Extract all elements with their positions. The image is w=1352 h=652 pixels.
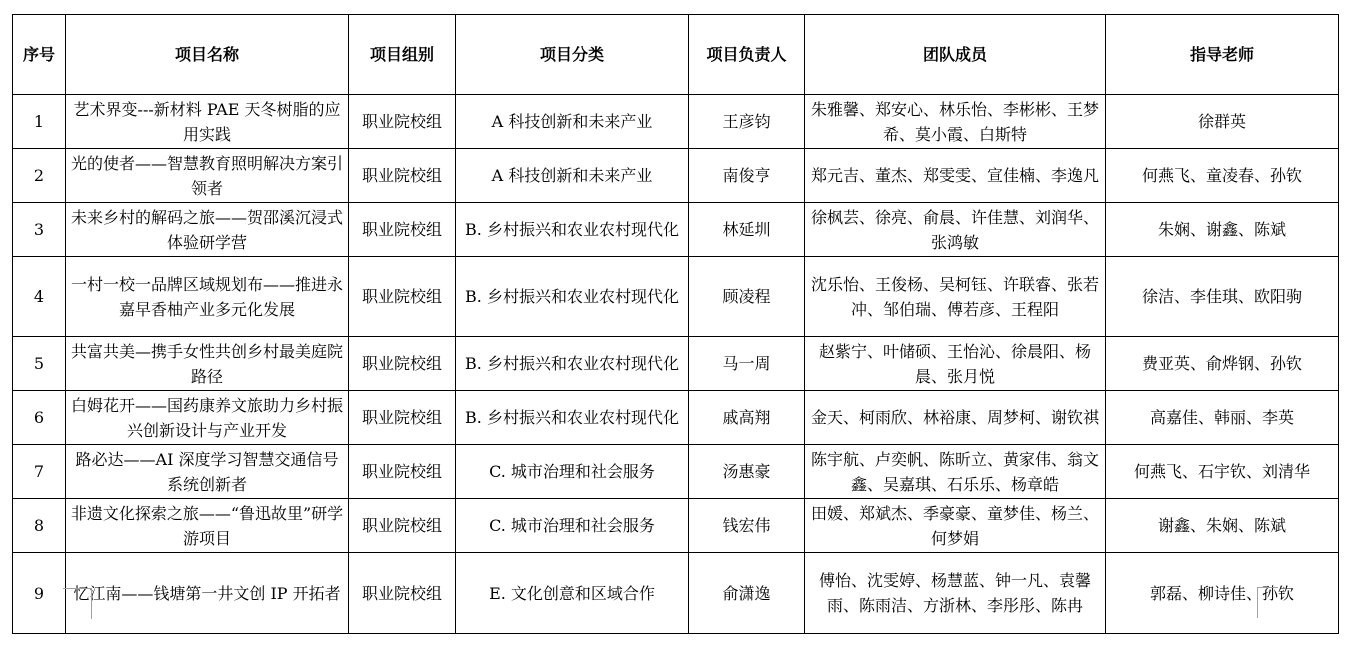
cell-index: 9 bbox=[13, 553, 66, 634]
cell-project-category: B. 乡村振兴和农业农村现代化 bbox=[456, 257, 689, 337]
table-row: 6 白姆花开——国药康养文旅助力乡村振兴创新设计与产业开发 职业院校组 B. 乡… bbox=[13, 391, 1339, 445]
cell-project-group: 职业院校组 bbox=[349, 149, 456, 203]
cell-project-name: 白姆花开——国药康养文旅助力乡村振兴创新设计与产业开发 bbox=[66, 391, 349, 445]
cell-team-members: 陈宇航、卢奕帆、陈昕立、黄家伟、翁文鑫、吴嘉琪、石乐乐、杨章皓 bbox=[805, 445, 1106, 499]
cell-team-members: 田媛、郑斌杰、季豪豪、童梦佳、杨兰、何梦娟 bbox=[805, 499, 1106, 553]
cell-team-members: 金天、柯雨欣、林裕康、周梦柯、谢钦祺 bbox=[805, 391, 1106, 445]
cell-project-category: C. 城市治理和社会服务 bbox=[456, 499, 689, 553]
cell-index: 6 bbox=[13, 391, 66, 445]
table-row: 8 非遗文化探索之旅——“鲁迅故里”研学游项目 职业院校组 C. 城市治理和社会… bbox=[13, 499, 1339, 553]
header-team-members: 团队成员 bbox=[805, 15, 1106, 95]
cell-index: 8 bbox=[13, 499, 66, 553]
cell-advisors: 郭磊、柳诗佳、孙钦 bbox=[1106, 553, 1339, 634]
cell-project-group: 职业院校组 bbox=[349, 499, 456, 553]
cell-project-leader: 顾凌程 bbox=[689, 257, 805, 337]
cell-project-leader: 南俊亨 bbox=[689, 149, 805, 203]
cell-project-leader: 戚高翔 bbox=[689, 391, 805, 445]
cell-team-members: 徐枫芸、徐亮、俞晨、许佳慧、刘润华、张鸿敏 bbox=[805, 203, 1106, 257]
cell-project-category: A 科技创新和未来产业 bbox=[456, 95, 689, 149]
table-row: 9 忆江南——钱塘第一井文创 IP 开拓者 职业院校组 E. 文化创意和区域合作… bbox=[13, 553, 1339, 634]
header-project-group: 项目组别 bbox=[349, 15, 456, 95]
cell-advisors: 费亚英、俞烨钢、孙钦 bbox=[1106, 337, 1339, 391]
cell-project-name: 艺术界变---新材料 PAE 天冬树脂的应用实践 bbox=[66, 95, 349, 149]
cell-project-category: B. 乡村振兴和农业农村现代化 bbox=[456, 203, 689, 257]
cell-index: 2 bbox=[13, 149, 66, 203]
cell-project-category: C. 城市治理和社会服务 bbox=[456, 445, 689, 499]
table-row: 7 路必达——AI 深度学习智慧交通信号系统创新者 职业院校组 C. 城市治理和… bbox=[13, 445, 1339, 499]
cell-project-group: 职业院校组 bbox=[349, 337, 456, 391]
cell-project-name: 一村一校一品牌区域规划布——推进永嘉早香柚产业多元化发展 bbox=[66, 257, 349, 337]
header-advisors: 指导老师 bbox=[1106, 15, 1339, 95]
cell-project-category: A 科技创新和未来产业 bbox=[456, 149, 689, 203]
cell-advisors: 徐洁、李佳琪、欧阳驹 bbox=[1106, 257, 1339, 337]
cell-project-leader: 俞潇逸 bbox=[689, 553, 805, 634]
header-row: 序号 项目名称 项目组别 项目分类 项目负责人 团队成员 指导老师 bbox=[13, 15, 1339, 95]
table-row: 5 共富共美—携手女性共创乡村最美庭院路径 职业院校组 B. 乡村振兴和农业农村… bbox=[13, 337, 1339, 391]
cell-project-group: 职业院校组 bbox=[349, 257, 456, 337]
cell-project-name: 忆江南——钱塘第一井文创 IP 开拓者 bbox=[66, 553, 349, 634]
cell-project-leader: 林延圳 bbox=[689, 203, 805, 257]
cell-project-category: B. 乡村振兴和农业农村现代化 bbox=[456, 391, 689, 445]
cell-advisors: 谢鑫、朱娴、陈斌 bbox=[1106, 499, 1339, 553]
table-row: 2 光的使者——智慧教育照明解决方案引领者 职业院校组 A 科技创新和未来产业 … bbox=[13, 149, 1339, 203]
cell-advisors: 何燕飞、石宇钦、刘清华 bbox=[1106, 445, 1339, 499]
table-row: 3 未来乡村的解码之旅——贺邵溪沉浸式体验研学营 职业院校组 B. 乡村振兴和农… bbox=[13, 203, 1339, 257]
cell-project-leader: 汤惠豪 bbox=[689, 445, 805, 499]
cell-project-leader: 钱宏伟 bbox=[689, 499, 805, 553]
header-project-name: 项目名称 bbox=[66, 15, 349, 95]
table-row: 1 艺术界变---新材料 PAE 天冬树脂的应用实践 职业院校组 A 科技创新和… bbox=[13, 95, 1339, 149]
cell-team-members: 傅怡、沈雯婷、杨慧蓝、钟一凡、袁馨雨、陈雨洁、方浙林、李彤彤、陈冉 bbox=[805, 553, 1106, 634]
cell-project-leader: 王彦钧 bbox=[689, 95, 805, 149]
cell-project-name: 光的使者——智慧教育照明解决方案引领者 bbox=[66, 149, 349, 203]
cell-index: 3 bbox=[13, 203, 66, 257]
cell-index: 4 bbox=[13, 257, 66, 337]
cell-project-name: 非遗文化探索之旅——“鲁迅故里”研学游项目 bbox=[66, 499, 349, 553]
cell-project-group: 职业院校组 bbox=[349, 553, 456, 634]
cell-advisors: 徐群英 bbox=[1106, 95, 1339, 149]
table-row: 4 一村一校一品牌区域规划布——推进永嘉早香柚产业多元化发展 职业院校组 B. … bbox=[13, 257, 1339, 337]
cell-team-members: 赵紫宁、叶储硕、王怡沁、徐晨阳、杨晨、张月悦 bbox=[805, 337, 1106, 391]
cell-project-name: 未来乡村的解码之旅——贺邵溪沉浸式体验研学营 bbox=[66, 203, 349, 257]
cell-advisors: 何燕飞、童凌春、孙钦 bbox=[1106, 149, 1339, 203]
cell-advisors: 高嘉佳、韩丽、李英 bbox=[1106, 391, 1339, 445]
cell-project-name: 路必达——AI 深度学习智慧交通信号系统创新者 bbox=[66, 445, 349, 499]
cell-index: 7 bbox=[13, 445, 66, 499]
header-project-category: 项目分类 bbox=[456, 15, 689, 95]
cell-project-category: B. 乡村振兴和农业农村现代化 bbox=[456, 337, 689, 391]
cell-project-group: 职业院校组 bbox=[349, 445, 456, 499]
header-index: 序号 bbox=[13, 15, 66, 95]
cell-team-members: 郑元吉、董杰、郑雯雯、宣佳楠、李逸凡 bbox=[805, 149, 1106, 203]
header-project-leader: 项目负责人 bbox=[689, 15, 805, 95]
cell-index: 5 bbox=[13, 337, 66, 391]
cell-project-group: 职业院校组 bbox=[349, 391, 456, 445]
project-table: 序号 项目名称 项目组别 项目分类 项目负责人 团队成员 指导老师 1 艺术界变… bbox=[12, 14, 1339, 634]
cell-project-category: E. 文化创意和区域合作 bbox=[456, 553, 689, 634]
cell-project-leader: 马一周 bbox=[689, 337, 805, 391]
cell-project-group: 职业院校组 bbox=[349, 203, 456, 257]
cell-team-members: 朱雅馨、郑安心、林乐怡、李彬彬、王梦希、莫小霞、白斯特 bbox=[805, 95, 1106, 149]
cell-index: 1 bbox=[13, 95, 66, 149]
cell-team-members: 沈乐怡、王俊杨、吴柯钰、许联睿、张若冲、邹伯瑞、傅若彦、王程阳 bbox=[805, 257, 1106, 337]
cell-project-name: 共富共美—携手女性共创乡村最美庭院路径 bbox=[66, 337, 349, 391]
cell-advisors: 朱娴、谢鑫、陈斌 bbox=[1106, 203, 1339, 257]
cell-project-group: 职业院校组 bbox=[349, 95, 456, 149]
